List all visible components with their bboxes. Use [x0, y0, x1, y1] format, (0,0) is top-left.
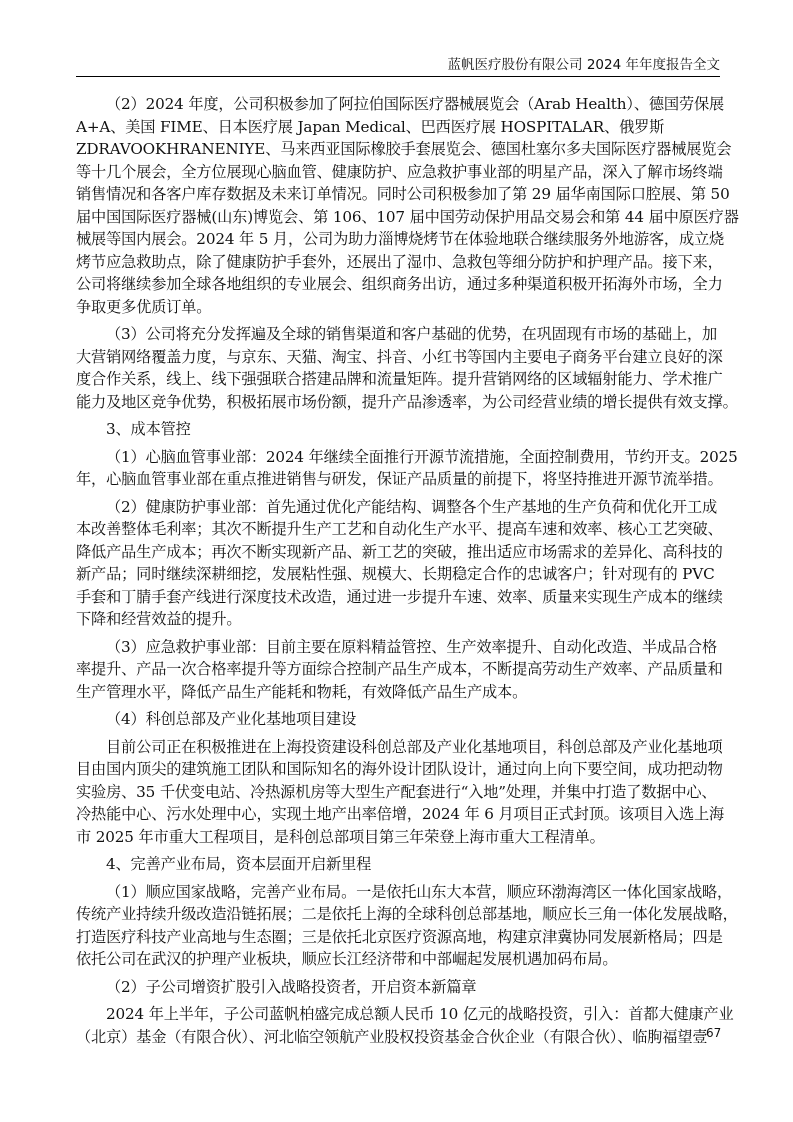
text-line: （1）心脑血管事业部：2024 年继续全面推行开源节流措施，全面控制费用，节约开…: [76, 446, 724, 469]
paragraph-channels: （3）公司将充分发挥遍及全球的销售渠道和客户基础的优势，在巩固现有市场的基础上，…: [76, 323, 724, 413]
page-number: 67: [706, 1026, 721, 1040]
text-line: A+A、美国 FIME、日本医疗展 Japan Medical、巴西医疗展 HO…: [76, 116, 724, 139]
text-line: 届中国国际医疗器械(山东)博览会、第 106、107 届中国劳动保护用品交易会和…: [76, 206, 724, 229]
text-line: 新产品；同时继续深耕细挖，发展粘性强、规模大、长期稳定合作的忠诚客户；针对现有的…: [76, 563, 724, 586]
text-line: （2）2024 年度，公司积极参加了阿拉伯国际医疗器械展览会（Arab Heal…: [76, 93, 724, 116]
paragraph-hq-base: 目前公司正在积极推进在上海投资建设科创总部及产业化基地项目，科创总部及产业化基地…: [76, 736, 724, 849]
text-line: 下降和经营效益的提升。: [76, 608, 724, 631]
text-line: 降低产品生产成本；再次不断实现新产品、新工艺的突破，推出适应市场需求的差异化、高…: [76, 541, 724, 564]
paragraph-cardio: （1）心脑血管事业部：2024 年继续全面推行开源节流措施，全面控制费用，节约开…: [76, 446, 724, 491]
text-line: （3）公司将充分发挥遍及全球的销售渠道和客户基础的优势，在巩固现有市场的基础上，…: [76, 323, 724, 346]
text-line: 公司将继续参加全球各地组织的专业展会、组织商务出访，通过多种渠道积极开拓海外市场…: [76, 273, 724, 296]
text-line: 争取更多优质订单。: [76, 296, 724, 319]
section-heading-cost-control: 3、成本管控: [76, 418, 724, 441]
text-line: （2）健康防护事业部：首先通过优化产能结构、调整各个生产基地的生产负荷和优化开工…: [76, 496, 724, 519]
report-title: 蓝帆医疗股份有限公司 2024 年年度报告全文: [448, 53, 720, 73]
paragraph-health-protection: （2）健康防护事业部：首先通过优化产能结构、调整各个生产基地的生产负荷和优化开工…: [76, 496, 724, 631]
text-line: 目由国内顶尖的建筑施工团队和国际知名的海外设计团队设计，通过向上向下要空间，成功…: [76, 758, 724, 781]
section-heading-capital: （2）子公司增资扩股引入战略投资者，开启资本新篇章: [76, 976, 724, 999]
text-line: （3）应急救护事业部：目前主要在原料精益管控、生产效率提升、自动化改造、半成品合…: [76, 636, 724, 659]
text-line: 能力及地区竞争优势，积极拓展市场份额，提升产品渗透率，为公司经营业绩的增长提供有…: [76, 391, 724, 414]
heading-text: （4）科创总部及产业化基地项目建设: [76, 708, 724, 731]
paragraph-emergency: （3）应急救护事业部：目前主要在原料精益管控、生产效率提升、自动化改造、半成品合…: [76, 636, 724, 704]
text-line: 2024 年上半年，子公司蓝帆柏盛完成总额人民币 10 亿元的战略投资，引入：首…: [76, 1003, 724, 1026]
page-header: 蓝帆医疗股份有限公司 2024 年年度报告全文: [76, 48, 720, 77]
text-line: 目前公司正在积极推进在上海投资建设科创总部及产业化基地项目，科创总部及产业化基地…: [76, 736, 724, 759]
text-line: 销售情况和各客户库存数据及未来订单情况。同时公司积极参加了第 29 届华南国际口…: [76, 183, 724, 206]
text-line: 市 2025 年市重大工程项目，是科创总部项目第三年荣登上海市重大工程清单。: [76, 826, 724, 849]
text-line: 本改善整体毛利率；其次不断提升生产工艺和自动化生产水平、提高车速和效率、核心工艺…: [76, 518, 724, 541]
text-line: 冷热能中心、污水处理中心，实现土地产出率倍增，2024 年 6 月项目正式封顶。…: [76, 803, 724, 826]
section-heading-industry-layout: 4、完善产业布局，资本层面开启新里程: [76, 853, 724, 876]
text-line: 生产管理水平，降低产品生产能耗和物耗，有效降低产品生产成本。: [76, 681, 724, 704]
text-line: （1）顺应国家战略，完善产业布局。一是依托山东大本营，顺应环渤海湾区一体化国家战…: [76, 881, 724, 904]
text-line: 度合作关系，线上、线下强强联合搭建品牌和流量矩阵。提升营销网络的区域辐射能力、学…: [76, 368, 724, 391]
section-heading-hq-base: （4）科创总部及产业化基地项目建设: [76, 708, 724, 731]
text-line: 实验房、35 千伏变电站、冷热源机房等大型生产配套进行“入地”处理，并集中打造了…: [76, 781, 724, 804]
text-line: 械展等国内展会。2024 年 5 月，公司为助力淄博烧烤节在体验地联合继续服务外…: [76, 228, 724, 251]
text-line: 烤节应急救助点，除了健康防护手套外，还展出了湿巾、急救包等细分防护和护理产品。接…: [76, 251, 724, 274]
heading-text: 4、完善产业布局，资本层面开启新里程: [76, 853, 724, 876]
text-line: 传统产业持续升级改造沿链拓展；二是依托上海的全球科创总部基地，顺应长三角一体化发…: [76, 903, 724, 926]
text-line: 年，心脑血管事业部在重点推进销售与研发，保证产品质量的前提下，将坚持推进开源节流…: [76, 468, 724, 491]
text-line: 大营销网络覆盖力度，与京东、天猫、淘宝、抖音、小红书等国内主要电子商务平台建立良…: [76, 346, 724, 369]
text-line: 手套和丁腈手套产线进行深度技术改造，通过进一步提升车速、效率、质量来实现生产成本…: [76, 586, 724, 609]
text-line: ZDRAVOOKHRANENIYE、马来西亚国际橡胶手套展览会、德国杜塞尔多夫国…: [76, 138, 724, 161]
text-line: 等十几个展会，全方位展现心脑血管、健康防护、应急救护事业部的明星产品，深入了解市…: [76, 161, 724, 184]
text-line: 率提升、产品一次合格率提升等方面综合控制产品生产成本，不断提高劳动生产效率、产品…: [76, 658, 724, 681]
paragraph-exhibitions: （2）2024 年度，公司积极参加了阿拉伯国际医疗器械展览会（Arab Heal…: [76, 93, 724, 318]
text-line: （北京）基金（有限合伙）、河北临空领航产业股权投资基金合伙企业（有限合伙）、临朐…: [76, 1026, 724, 1049]
paragraph-national-strategy: （1）顺应国家战略，完善产业布局。一是依托山东大本营，顺应环渤海湾区一体化国家战…: [76, 881, 724, 971]
heading-text: 3、成本管控: [76, 418, 724, 441]
heading-text: （2）子公司增资扩股引入战略投资者，开启资本新篇章: [76, 976, 724, 999]
page-body: （2）2024 年度，公司积极参加了阿拉伯国际医疗器械展览会（Arab Heal…: [76, 93, 724, 1053]
paragraph-capital: 2024 年上半年，子公司蓝帆柏盛完成总额人民币 10 亿元的战略投资，引入：首…: [76, 1003, 724, 1048]
text-line: 依托公司在武汉的护理产业板块，顺应长江经济带和中部崛起发展机遇加码布局。: [76, 948, 724, 971]
text-line: 打造医疗科技产业高地与生态圈；三是依托北京医疗资源高地，构建京津冀协同发展新格局…: [76, 926, 724, 949]
